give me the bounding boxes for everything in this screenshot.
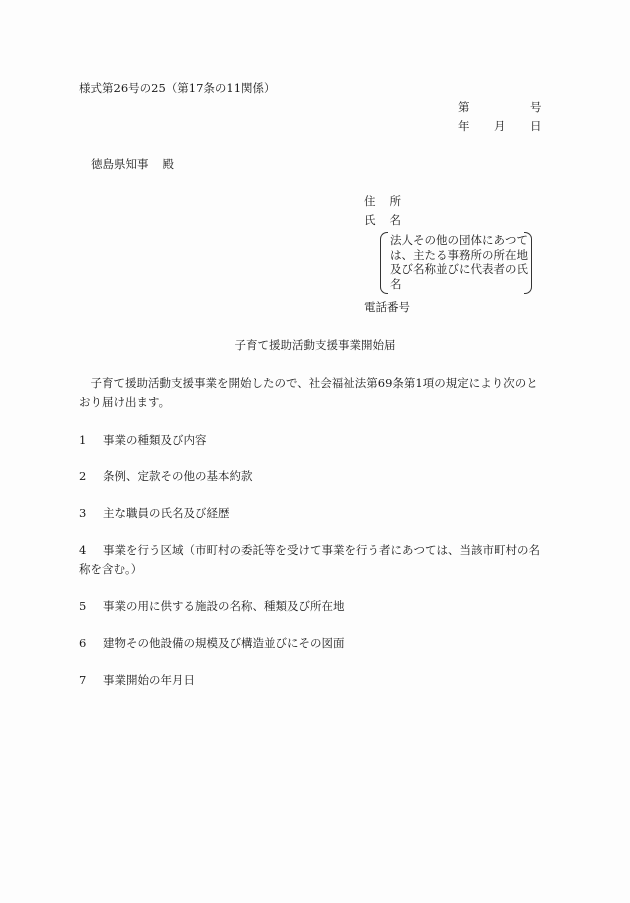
name-label: 氏名 (364, 213, 401, 232)
list-item: 7事業開始の年月日 (79, 671, 549, 690)
item-number: 7 (79, 671, 97, 690)
address-label-char-2: 所 (390, 194, 402, 208)
day-label: 日 (530, 119, 542, 133)
phone-label: 電話番号 (364, 300, 410, 314)
list-item: 5事業の用に供する施設の名称、種類及び所在地 (79, 597, 549, 616)
item-number: 5 (79, 597, 97, 616)
number-prefix: 第 (458, 100, 470, 114)
document-title: 子育て援助活動支援事業開始届 (0, 338, 630, 352)
item-text: 事業の用に供する施設の名称、種類及び所在地 (97, 599, 345, 613)
item-number: 2 (79, 467, 97, 486)
address-label: 住所 (364, 194, 401, 213)
item-text: 事業の種類及び内容 (97, 433, 207, 447)
name-label-char-1: 氏 (364, 213, 376, 227)
item-number: 4 (79, 541, 97, 560)
list-item: 6建物その他設備の規模及び構造並びにその図面 (79, 634, 549, 653)
list-item: 2条例、定款その他の基本約款 (79, 467, 549, 486)
address-label-char-1: 住 (364, 194, 376, 208)
date-block: 第 号 年 月 日 (458, 100, 542, 138)
item-text: 条例、定款その他の基本約款 (97, 469, 253, 483)
corporate-note-bracket: 法人その他の団体にあつては、主たる事務所の所在地及び名称並びに代表者の氏名 (380, 232, 532, 292)
item-text: 主な職員の氏名及び経歴 (97, 506, 230, 520)
applicant-block: 住所 氏名 (364, 194, 401, 232)
item-text: 事業を行う区域（市町村の委託等を受けて事業を行う者にあつては、当該市町村の名称を… (79, 543, 540, 576)
month-label: 月 (494, 119, 506, 133)
date-row: 年 月 日 (458, 119, 542, 138)
item-number: 3 (79, 504, 97, 523)
item-text: 建物その他設備の規模及び構造並びにその図面 (97, 636, 345, 650)
corporate-note: 法人その他の団体にあつては、主たる事務所の所在地及び名称並びに代表者の氏名 (390, 233, 530, 291)
item-number: 6 (79, 634, 97, 653)
left-bracket (380, 232, 388, 294)
number-suffix: 号 (530, 100, 542, 114)
addressee: 徳島県知事殿 (91, 157, 174, 171)
list-item: 1事業の種類及び内容 (79, 431, 549, 450)
right-bracket (524, 232, 532, 294)
list-item: 3主な職員の氏名及び経歴 (79, 504, 549, 523)
form-number: 様式第26号の25（第17条の11関係） (79, 81, 276, 95)
document-number-row: 第 号 (458, 100, 542, 119)
addressee-name: 徳島県知事 (91, 157, 149, 171)
year-label: 年 (458, 119, 470, 133)
item-number: 1 (79, 431, 97, 450)
name-label-char-2: 名 (390, 213, 402, 227)
body-text: 子育て援助活動支援事業を開始したので、社会福祉法第69条第1項の規定により次のと… (79, 374, 547, 412)
addressee-honorific: 殿 (163, 157, 175, 171)
item-text: 事業開始の年月日 (97, 673, 195, 687)
list-item: 4事業を行う区域（市町村の委託等を受けて事業を行う者にあつては、当該市町村の名称… (79, 541, 549, 579)
